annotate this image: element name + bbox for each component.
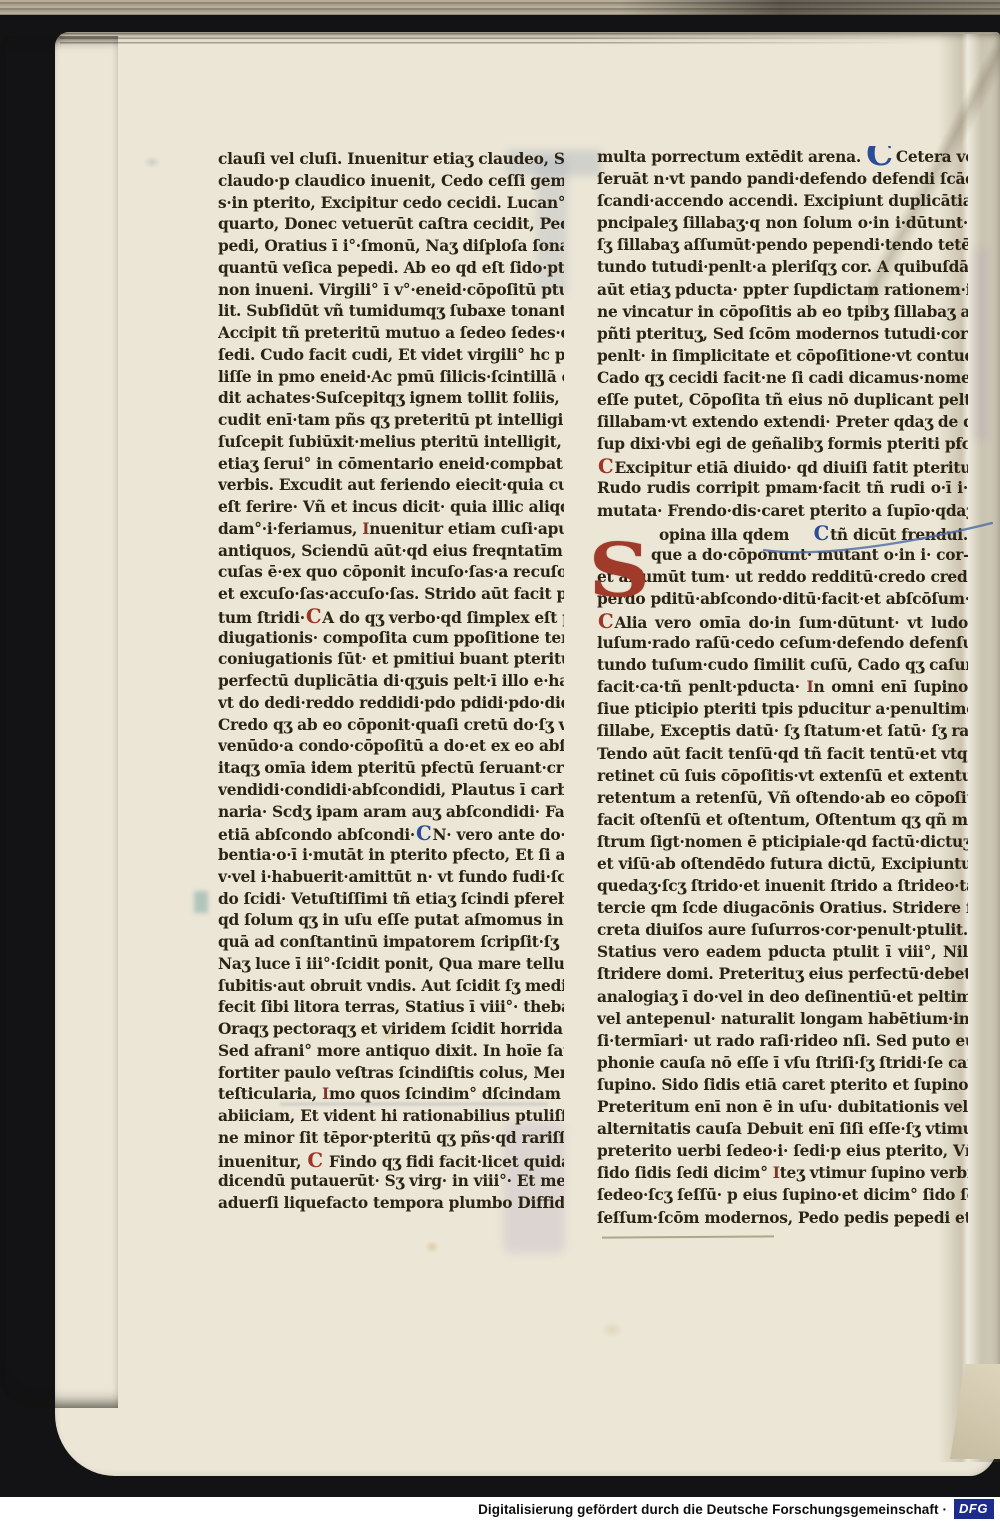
rubricated-letter: I <box>362 520 369 538</box>
text-line: dit achates·Suſcepitqʒ ignem tollit foli… <box>218 388 564 410</box>
rubricated-letter: I <box>773 1164 780 1182</box>
text-line: inuenitur, C Findo qʒ fidi facit·licet q… <box>218 1150 564 1172</box>
text-line: Accipit tñ preteritū mutuo a ſedeo ſedes… <box>218 323 564 345</box>
book-top-edge <box>0 0 1000 15</box>
text-line: ſeſſum·ſcōm modernos, Pedo pedis pepedi … <box>597 1207 968 1229</box>
text-line: tundo tutudi·penlt·a pleriſqʒ cor. A qui… <box>597 256 968 278</box>
text-line: facit·ca·tñ penlt·pducta· In omni enī ſu… <box>597 676 968 698</box>
text-line: vendidi·condidi·abſcondidi, Plautus ī ca… <box>218 780 564 802</box>
dfg-logo: DFG <box>954 1499 994 1519</box>
footer-credit-text: Digitalisierung gefördert durch die Deut… <box>478 1502 947 1517</box>
text-line: s·in pterito, Excipitur cedo cecidi. Luc… <box>218 193 564 215</box>
text-line: cudit enī·tam pñs qʒ preteritū pt intell… <box>218 410 564 432</box>
text-line: do ſcidi· Vetuſtiſſimi tñ etiaʒ ſcindi p… <box>218 889 564 911</box>
text-line: et excuſo·ſas·accuſo·ſas. Strido aūt fac… <box>218 584 564 606</box>
red-capitulum-mark: C <box>305 606 322 628</box>
text-line: vt do dedi·reddo reddidi·pdo pdidi·pdo·d… <box>218 693 564 715</box>
text-line: fecit ſibi litora terras, Statius ī viii… <box>218 997 564 1019</box>
text-line: antiquos, Sciendū aūt·qd eius freqntatīm… <box>218 541 564 563</box>
blue-capitulum-mark: C <box>813 522 830 544</box>
text-line: Cado qʒ cecidi facit·ne ſi cadi dicamus·… <box>597 367 968 389</box>
text-line: eſſe putet, Cōpoſita tñ eius nō duplican… <box>597 389 968 411</box>
text-line: tundo tuſum·cudo ſimilit cuſū, Cado qʒ c… <box>597 654 968 676</box>
text-line: pedi, Oratius ī i°·ſmonū, Naʒ diſploſa ſ… <box>218 236 564 258</box>
text-line: retentum a retenſū, Vñ oſtendo·ab eo cōp… <box>597 787 968 809</box>
text-line: perfectū duplicātia di·qʒuis pelt·ī illo… <box>218 671 564 693</box>
text-line: ſcandi·accendo accendi. Excipiunt duplic… <box>597 190 968 212</box>
text-line: etiaʒ ſerui° in cōmentario eneid·compbat… <box>218 454 564 476</box>
rubricated-letter: I <box>322 1085 329 1103</box>
text-line: ſillabe, Exceptis datū· ſʒ ſtatum·et ſat… <box>597 720 968 742</box>
text-line: analogiaʒ ī do·vel in deo deſinentiū·et … <box>597 986 968 1008</box>
text-line: Statius vero eadem pducta ptulit ī viii°… <box>597 941 968 963</box>
text-line: alternitatis cauſa Debuit enī ſiſi eſſe·… <box>597 1118 968 1140</box>
text-line: non inueni. Virgili° ī v°·eneid·cōpoſitū… <box>218 280 564 302</box>
text-line: quā ad conſtantinū impatorem ſcripſit·ſʒ… <box>218 932 564 954</box>
rubricated-letter: I <box>807 678 814 696</box>
text-line: ſeruāt n·vt pando pandi·defendo defendi … <box>597 168 968 190</box>
text-line: ſedi. Cudo facit cudi, Et videt virgili°… <box>218 345 564 367</box>
text-column-left: clauſi vel cluſi. Inuenitur etiaʒ claude… <box>218 149 564 1215</box>
text-line: eſt ferire· Vñ et incus dicit· quia illi… <box>218 497 564 519</box>
text-line: ſi·termīari· ut rado raſi·rideo nſi. Sed… <box>597 1030 968 1052</box>
text-line: coniugationis ſūt· et pmitiui buant pter… <box>218 649 564 671</box>
text-line: et viſū·ab oſtendēdo futura dictū, Excip… <box>597 853 968 875</box>
footer-credit-bar: Digitalisierung gefördert durch die Deut… <box>0 1497 1000 1521</box>
text-line: fortiter paulo veſtras ſcindiſtis colus,… <box>218 1063 564 1085</box>
text-line: ſʒ ſillabaʒ aſſumūt·pendo pependi·tendo … <box>597 234 968 256</box>
text-line: venūdo·a condo·cōpoſitū a do·et ex eo ab… <box>218 736 564 758</box>
text-line: bentia·o·ī i·mutāt in pterito pfecto, Et… <box>218 845 564 867</box>
scanned-book-photo: clauſi vel cluſi. Inuenitur etiaʒ claude… <box>0 0 1000 1497</box>
text-line: mutata· Frendo·dis·caret pterito a ſupīo… <box>597 500 968 522</box>
text-line: Naʒ luce ī iii°·ſcidit ponit, Qua mare t… <box>218 954 564 976</box>
text-line: teſticularia, Imo quos ſcindim° dſcindam… <box>218 1084 564 1106</box>
text-line: creta diuiſos aure ſuſurros·cor·penult·p… <box>597 919 968 941</box>
text-line: dam°·i·feriamus, Inuenitur etiam cuſi·ap… <box>218 519 564 541</box>
text-line: ſedeo·ſcʒ ſeſſū· p eius ſupino·et dicim°… <box>597 1184 968 1206</box>
text-line: multa porrectum extēdit arena. CCetera v… <box>597 146 968 168</box>
big-initial-S: S <box>588 536 673 612</box>
red-capitulum-mark: C <box>306 1150 323 1172</box>
text-line: v·vel i·habuerit·amittūt n· vt fundo fud… <box>218 867 564 889</box>
text-line: vel antepenul· naturalit longam habētium… <box>597 1008 968 1030</box>
text-line: tercie qm ſcde diugacōnis Oratius. Strid… <box>597 897 968 919</box>
text-line: naria· Scdʒ ipam aram auʒ abſcondidi· Fa… <box>218 802 564 824</box>
text-line: aduerſi liquefacto tempora plumbo Diffid… <box>218 1193 564 1215</box>
text-line: ſiue pticipio pteriti tpis pducitur a·pe… <box>597 698 968 720</box>
text-line: clauſi vel cluſi. Inuenitur etiaʒ claude… <box>218 149 564 171</box>
text-line: ſupino. Sido ſidis etiā caret pterito et… <box>597 1074 968 1096</box>
text-line: quedaʒ·ſcʒ ſtrido·et inuenit ſtrido a ſt… <box>597 875 968 897</box>
red-capitulum-mark: C <box>597 455 614 477</box>
blue-capitulum-mark: C <box>415 823 432 845</box>
text-line: luſum·rado raſū·cedo ceſum·defendo defen… <box>597 632 968 654</box>
text-line: Preteritum enī non ē in uſu· dubitationi… <box>597 1096 968 1118</box>
text-line: ſido ſidis ſedi dicim° Iteʒ vtimur ſupin… <box>597 1162 968 1184</box>
text-line: cuſas ē·ex quo cōponit incuſo·ſas·a recu… <box>218 562 564 584</box>
text-line: itaqʒ omīa idem pteritū pfectū ſeruant·c… <box>218 758 564 780</box>
text-column-right: multa porrectum extēdit arena. CCetera v… <box>597 146 968 1229</box>
text-line: ne vincatur in cōpoſitis ab eo tpibʒ ſil… <box>597 301 968 323</box>
blue-initial-mark: C <box>866 146 893 168</box>
text-line: ne minor ſit tēpor·pteritū qʒ pñs·qd rar… <box>218 1128 564 1150</box>
text-line: tum ſtridi·CA do qʒ verbo·qd ſimplex eſt… <box>218 606 564 628</box>
text-line: quantū veſica pepedi. Ab eo qd eſt ſido·… <box>218 258 564 280</box>
text-line: lit. Subſidūt vñ tumidumqʒ ſubaxe tonant… <box>218 301 564 323</box>
text-line: ſuſcepit ſubiūxit·melius pteritū intelli… <box>218 432 564 454</box>
text-line: qd ſolum qʒ in uſu eſſe putat aſmomus in… <box>218 910 564 932</box>
text-line: ſillabam·vt extendo extendi· Preter qdaʒ… <box>597 411 968 433</box>
text-line: ſtridere domi. Preterituʒ eius perfectū·… <box>597 963 968 985</box>
text-line: pncipaleʒ ſillabaʒ·q non ſolum o·in i·dū… <box>597 212 968 234</box>
text-line: etiā abſcondo abſcondi·CN· vero ante do·… <box>218 823 564 845</box>
text-line: CExcipitur etiā diuido· qd diuiſi fatit … <box>597 455 968 477</box>
text-line: Credo qʒ ab eo cōponit·quaſi cretū do·ſʒ… <box>218 715 564 737</box>
text-line: pñti pterituʒ, Sed ſcōm modernos tutudi·… <box>597 323 968 345</box>
text-line: facit oſtenſū et oſtentum, Oſtentum qʒ q… <box>597 809 968 831</box>
text-line: liſſe in pmo eneid·Ac pmū ſilicis·ſcinti… <box>218 367 564 389</box>
text-line: claudo·p claudico inuenit, Cedo ceſſi ge… <box>218 171 564 193</box>
text-line: ſtrum ſigt·nomen ē pticipiale·qd factū·d… <box>597 831 968 853</box>
text-line: penlt· in ſimplicitate et cōpoſitione·vt… <box>597 345 968 367</box>
text-line: ſup dixi·vbi egi de geñalibʒ formis pter… <box>597 433 968 455</box>
text-line: CAlia vero omīa do·in ſum·dūtunt· vt lud… <box>597 610 968 632</box>
text-line: phonie cauſa nō eſſe ī vſu ſtriſi·ſʒ ſtr… <box>597 1052 968 1074</box>
page-top-edge-lines <box>60 33 995 44</box>
text-line: dicendū putauerūt· Sʒ virg· in viii°· Et… <box>218 1171 564 1193</box>
text-line: Tendo aūt facit tenſū·qd tñ facit tentū·… <box>597 743 968 765</box>
text-line: diugationis· compoſita cum ppoſitione te… <box>218 628 564 650</box>
text-line: abiiciam, Et vident hi rationabilius ptu… <box>218 1106 564 1128</box>
text-line: preterito uerbi ſedeo·i· ſedi·p eius pte… <box>597 1140 968 1162</box>
text-line: retinet cū ſuis cōpoſitis·vt extenſū et … <box>597 765 968 787</box>
page-stack-edges <box>0 36 118 1408</box>
text-line: Sed afrani° more antiquo dixit. In hoīe … <box>218 1041 564 1063</box>
text-line: verbis. Excudit aut feriendo eiecit·quia… <box>218 475 564 497</box>
text-line: ſubitis·aut obruit vndis. Aut ſcidit ſʒ … <box>218 976 564 998</box>
text-line: quarto, Donec vetuerūt caſtra cecidit, P… <box>218 214 564 236</box>
text-line: aūt etiaʒ pducta· ppter ſupdictam ration… <box>597 279 968 301</box>
text-line: Rudo rudis corripit pmam·facit tñ rudi o… <box>597 477 968 499</box>
text-line: Oraqʒ pectoraqʒ et viridem ſcidit horrid… <box>218 1019 564 1041</box>
